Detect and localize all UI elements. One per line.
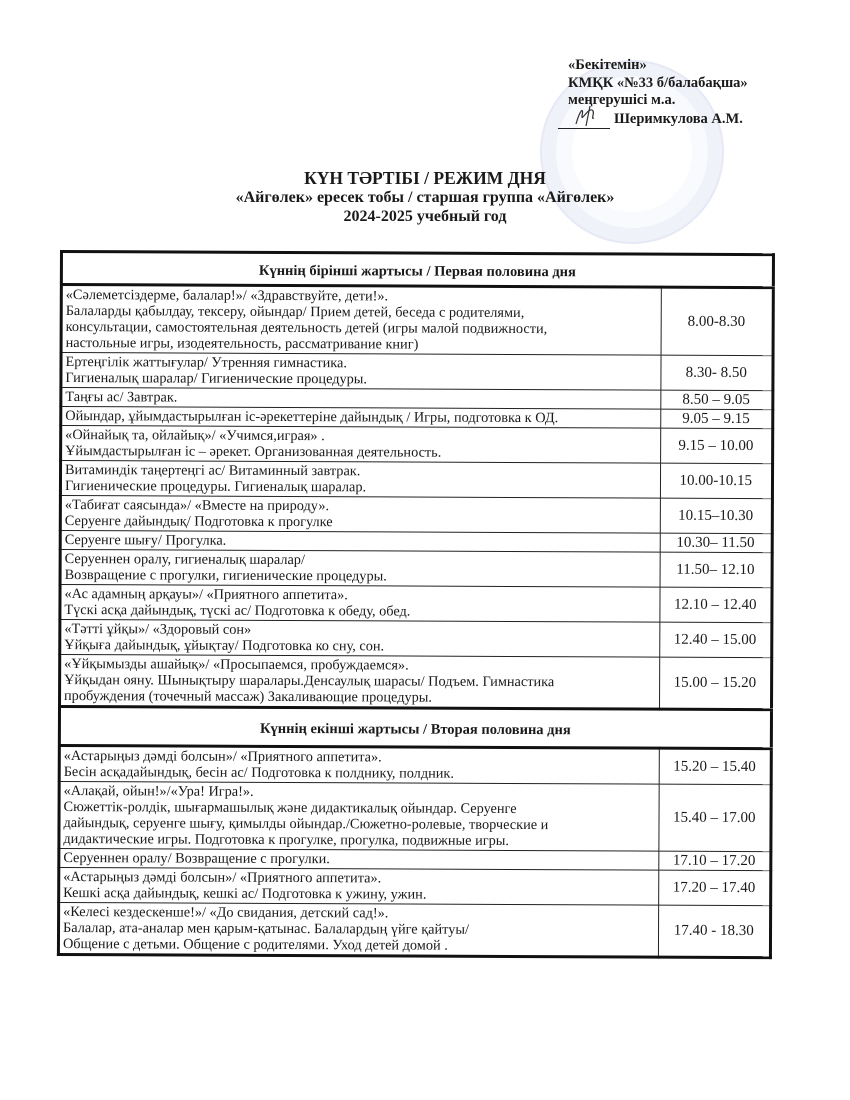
signatory-name: Шеримкулова А.М. xyxy=(614,111,743,129)
activity-cell: Серуеннен оралу, гигиеналық шаралар/Возв… xyxy=(60,550,660,588)
activity-cell: «Ас адамның арқауы»/ «Приятного аппетита… xyxy=(60,585,660,623)
schedule-row: Серуеннен оралу, гигиеналық шаралар/Возв… xyxy=(60,550,772,588)
activity-cell: «Табиғат саясында»/ «Вместе на природу».… xyxy=(60,496,660,534)
activity-text: Таңғы ас/ Завтрак. xyxy=(65,389,657,408)
schedule-row: «Тәтті ұйқы»/ «Здоровый сон»Ұйқыға дайын… xyxy=(60,620,772,658)
activity-text: Гигиенические процедуры. Гигиеналық шара… xyxy=(65,478,657,497)
schedule-body: Күннің бірінші жартысы / Первая половина… xyxy=(58,252,773,958)
activity-cell: «Ойнайық та, ойлайық»/ «Учимся,играя» .Ұ… xyxy=(61,426,661,464)
signature-icon xyxy=(558,110,610,129)
activity-text: Гигиеналық шаралар/ Гигиенические процед… xyxy=(65,370,657,389)
approval-line-position: меңгерушісі м.а. xyxy=(568,92,838,110)
time-cell: 17.40 - 18.30 xyxy=(658,905,771,957)
activity-cell: «Астарыңыз дәмді болсын»/ «Приятного апп… xyxy=(59,868,659,906)
activity-text: дидактические игры. Подготовка к прогулк… xyxy=(63,831,655,850)
schedule-row: Ертеңгілік жаттығулар/ Утренняя гимнасти… xyxy=(61,353,773,391)
document-header: КҮН ТӘРТІБІ / РЕЖИМ ДНЯ «Айгөлек» ересек… xyxy=(0,168,850,226)
time-cell: 11.50– 12.10 xyxy=(660,552,773,587)
activity-cell: Серуенге шығу/ Прогулка. xyxy=(60,531,660,553)
section-title: Күннің бірінші жартысы / Первая половина… xyxy=(61,252,773,288)
document-title: КҮН ТӘРТІБІ / РЕЖИМ ДНЯ xyxy=(0,168,850,188)
approval-line-approve: «Бекітемін» xyxy=(568,57,838,75)
schedule-row: «Ойнайық та, ойлайық»/ «Учимся,играя» .Ұ… xyxy=(61,426,773,464)
academic-year: 2024-2025 учебный год xyxy=(0,207,850,226)
time-cell: 15.40 – 17.00 xyxy=(658,784,771,851)
daily-schedule-table: Күннің бірінші жартысы / Первая половина… xyxy=(57,250,775,959)
activity-text: Ойындар, ұйымдастырылған іс-әрекеттеріне… xyxy=(65,408,657,427)
group-name: «Айгөлек» ересек тобы / старшая группа «… xyxy=(0,188,850,207)
activity-cell: «Келесі кездескенше!»/ «До свидания, дет… xyxy=(58,903,658,958)
time-cell: 17.20 – 17.40 xyxy=(658,870,771,905)
time-cell: 10.15–10.30 xyxy=(660,498,773,533)
activity-text: Серуеннен оралу/ Возвращение с прогулки. xyxy=(63,850,655,869)
activity-text: Общение с детьми. Общение с родителями. … xyxy=(63,936,655,955)
section-title: Күннің екінші жартысы / Вторая половина … xyxy=(59,707,771,749)
time-cell: 12.10 – 12.40 xyxy=(659,587,772,622)
schedule-row: Витаминдік таңертеңгі ас/ Витаминный зав… xyxy=(60,461,772,499)
time-cell: 9.05 – 9.15 xyxy=(660,409,773,428)
time-cell: 8.50 – 9.05 xyxy=(660,390,773,409)
time-cell: 15.20 – 15.40 xyxy=(659,748,772,784)
schedule-row: «Келесі кездескенше!»/ «До свидания, дет… xyxy=(58,903,770,958)
activity-cell: «Сәлеметсіздерме, балалар!»/ «Здравствуй… xyxy=(61,285,661,356)
activity-text: пробуждения (точечный массаж) Закаливающ… xyxy=(64,688,656,707)
time-cell: 15.00 – 15.20 xyxy=(659,657,772,709)
schedule-row: «Табиғат саясында»/ «Вместе на природу».… xyxy=(60,496,772,534)
activity-cell: «Астарыңыз дәмді болсын»/ «Приятного апп… xyxy=(59,746,659,785)
time-cell: 8.30- 8.50 xyxy=(660,355,773,390)
activity-cell: «Тәтті ұйқы»/ «Здоровый сон»Ұйқыға дайын… xyxy=(60,620,660,658)
activity-text: Бесін асқадайындық, бесін ас/ Подготовка… xyxy=(64,764,656,783)
section-header-first-half: Күннің бірінші жартысы / Первая половина… xyxy=(61,252,773,288)
time-cell: 8.00-8.30 xyxy=(661,287,774,355)
approval-block: «Бекітемін» КМҚК «№33 б/балабақша» меңге… xyxy=(568,57,838,129)
section-header-second-half: Күннің екінші жартысы / Вторая половина … xyxy=(59,707,771,749)
activity-cell: Ойындар, ұйымдастырылған іс-әрекеттеріне… xyxy=(61,407,661,429)
schedule-row: «Ас адамның арқауы»/ «Приятного аппетита… xyxy=(60,585,772,623)
activity-text: Кешкі асқа дайындық, кешкі ас/ Подготовк… xyxy=(63,885,655,904)
time-cell: 10.00-10.15 xyxy=(660,463,773,498)
time-cell: 12.40 – 15.00 xyxy=(659,622,772,657)
activity-text: Түскі асқа дайындық, түскі ас/ Подготовк… xyxy=(64,602,656,621)
schedule-row: «Сәлеметсіздерме, балалар!»/ «Здравствуй… xyxy=(61,285,773,356)
activity-cell: Витаминдік таңертеңгі ас/ Витаминный зав… xyxy=(60,461,660,499)
activity-cell: «Ұйқымызды ашайық»/ «Просыпаемся, пробуж… xyxy=(60,655,660,710)
activity-text: Ұйқыға дайындық, ұйықтау/ Подготовка ко … xyxy=(64,637,656,656)
schedule-row: «Астарыңыз дәмді болсын»/ «Приятного апп… xyxy=(59,868,771,906)
schedule-row: «Астарыңыз дәмді болсын»/ «Приятного апп… xyxy=(59,746,771,785)
activity-text: Ұйымдастырылған іс – әрекет. Организован… xyxy=(65,443,657,462)
schedule-row: «Алақай, ойын!»/«Ура! Игра!».Сюжеттік-ро… xyxy=(59,782,771,852)
signature-line: Шеримкулова А.М. xyxy=(568,110,838,129)
activity-cell: «Алақай, ойын!»/«Ура! Игра!».Сюжеттік-ро… xyxy=(59,782,659,852)
activity-cell: Серуеннен оралу/ Возвращение с прогулки. xyxy=(59,849,659,871)
activity-cell: Таңғы ас/ Завтрак. xyxy=(61,388,661,410)
time-cell: 10.30– 11.50 xyxy=(660,533,773,552)
activity-text: настольные игры, изодеятельность, рассма… xyxy=(66,335,658,354)
activity-text: Серуенге дайындық/ Подготовка к прогулке xyxy=(65,513,657,532)
approval-line-org: КМҚК «№33 б/балабақша» xyxy=(568,75,838,93)
activity-cell: Ертеңгілік жаттығулар/ Утренняя гимнасти… xyxy=(61,353,661,391)
activity-text: Серуенге шығу/ Прогулка. xyxy=(65,532,657,551)
schedule-row: «Ұйқымызды ашайық»/ «Просыпаемся, пробуж… xyxy=(60,655,772,710)
time-cell: 9.15 – 10.00 xyxy=(660,428,773,463)
time-cell: 17.10 – 17.20 xyxy=(658,851,771,870)
activity-text: Возвращение с прогулки, гигиенические пр… xyxy=(65,567,657,586)
